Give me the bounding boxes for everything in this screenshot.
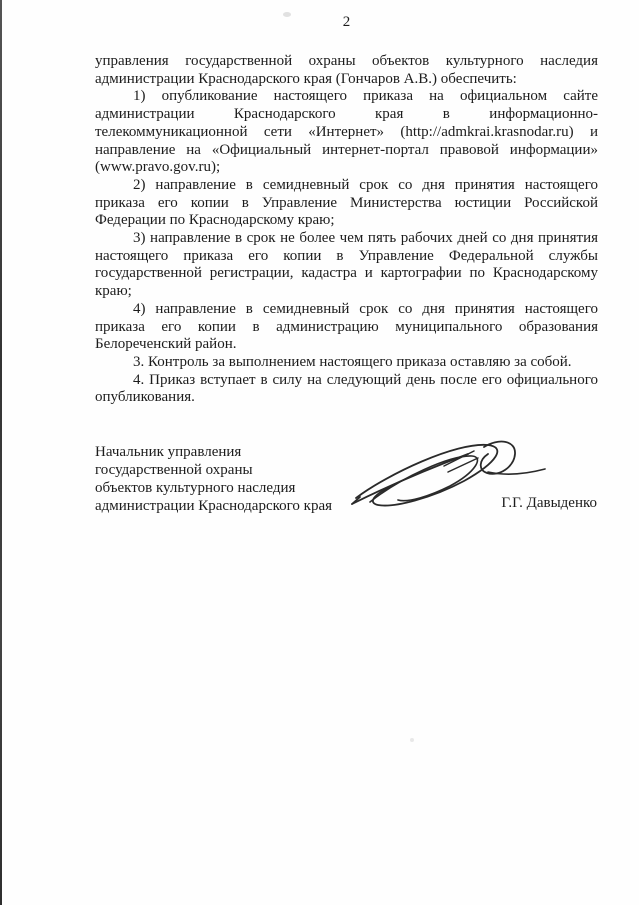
signature-name: Г.Г. Давыденко xyxy=(501,495,597,512)
text-line: настоящего приказа его копии в Управлени… xyxy=(95,248,598,266)
text-line: управления государственной охраны объект… xyxy=(95,53,598,71)
signature-title: Начальник управлениягосударственной охра… xyxy=(95,443,332,515)
text-line: администрации Краснодарского края в инфо… xyxy=(95,106,598,124)
scanned-document-page: 2 управления государственной охраны объе… xyxy=(0,0,639,905)
paragraph: 4. Приказ вступает в силу на следующий д… xyxy=(95,372,598,407)
text-line: приказа его копии в администрацию муници… xyxy=(95,319,598,337)
paragraph: управления государственной охраны объект… xyxy=(95,53,598,88)
text-line: краю; xyxy=(95,283,598,301)
text-line: (www.pravo.gov.ru); xyxy=(95,159,598,177)
text-line: Федерации по Краснодарскому краю; xyxy=(95,212,598,230)
text-line: 3) направление в срок не более чем пять … xyxy=(95,230,598,248)
signature-title-line: объектов культурного наследия xyxy=(95,479,332,497)
paragraph: 3. Контроль за выполнением настоящего пр… xyxy=(95,354,598,372)
document-body: управления государственной охраны объект… xyxy=(95,53,598,407)
scan-smudge-artifact xyxy=(410,738,414,742)
scan-edge-artifact xyxy=(0,0,2,905)
text-line: направление на «Официальный интернет-пор… xyxy=(95,142,598,160)
paragraph: 2) направление в семидневный срок со дня… xyxy=(95,177,598,230)
page-number: 2 xyxy=(95,14,598,31)
paragraph: 4) направление в семидневный срок со дня… xyxy=(95,301,598,354)
text-line: 3. Контроль за выполнением настоящего пр… xyxy=(95,354,598,372)
text-line: Белореченский район. xyxy=(95,336,598,354)
paragraph: 3) направление в срок не более чем пять … xyxy=(95,230,598,301)
text-line: опубликования. xyxy=(95,389,598,407)
text-line: телекоммуникационной сети «Интернет» (ht… xyxy=(95,124,598,142)
signature-title-line: администрации Краснодарского края xyxy=(95,497,332,515)
text-line: 4) направление в семидневный срок со дня… xyxy=(95,301,598,319)
text-line: государственной регистрации, кадастра и … xyxy=(95,265,598,283)
signature-title-line: Начальник управления xyxy=(95,443,332,461)
signature-title-line: государственной охраны xyxy=(95,461,332,479)
text-line: приказа его копии в Управление Министерс… xyxy=(95,195,598,213)
text-line: 4. Приказ вступает в силу на следующий д… xyxy=(95,372,598,390)
text-line: 2) направление в семидневный срок со дня… xyxy=(95,177,598,195)
text-line: администрации Краснодарского края (Гонча… xyxy=(95,71,598,89)
paragraph: 1) опубликование настоящего приказа на о… xyxy=(95,88,598,177)
text-line: 1) опубликование настоящего приказа на о… xyxy=(95,88,598,106)
